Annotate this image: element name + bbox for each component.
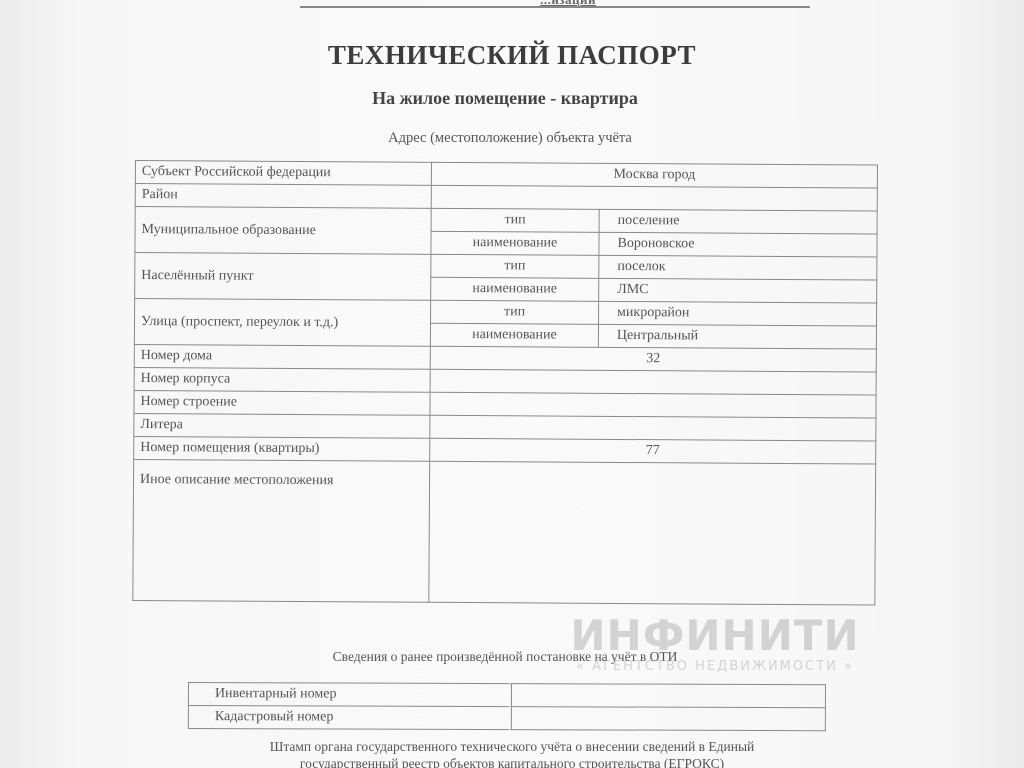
stamp-caption-line-2: государственный реестр объектов капиталь… [0,755,1024,768]
oti-section-caption: Сведения о ранее произведённой постановк… [0,649,1010,665]
cadastral-number-value [511,707,825,731]
house-label: Номер дома [134,344,430,369]
municipal-name-label: наименование [431,231,599,255]
inventory-number-value [511,684,825,708]
district-value [431,185,877,211]
inventory-number-label: Инвентарный номер [188,683,511,707]
table-row: Кадастровый номер [188,706,825,731]
municipal-name-value: Вороновское [599,232,877,257]
table-row: Муниципальное образование тип поселение [135,207,877,235]
table-row: Населённый пункт тип поселок [135,253,877,281]
top-header-fragment: ...изации [540,0,596,8]
litera-value [430,415,876,441]
municipal-label: Муниципальное образование [135,207,431,255]
building-label: Номер корпуса [134,367,430,392]
apartment-value: 77 [430,438,876,464]
document-subtitle: На жилое помещение - квартира [0,88,1010,109]
table-row: Инвентарный номер [188,683,825,708]
structure-label: Номер строение [134,390,430,415]
street-name-label: наименование [430,323,598,347]
street-type-label: тип [431,300,599,324]
street-name-value: Центральный [598,324,876,349]
document-title: ТЕХНИЧЕСКИЙ ПАСПОРТ [0,40,1024,71]
street-label: Улица (проспект, переулок и т.д.) [134,299,430,347]
other-description-label: Иное описание местоположения [133,459,430,602]
building-value [430,369,876,395]
other-description-value [429,461,876,605]
settlement-type-value: поселок [599,255,877,280]
district-label: Район [135,184,431,209]
settlement-name-label: наименование [431,277,599,301]
agency-watermark: ИНФИНИТИ « АГЕНТСТВО НЕДВИЖИМОСТИ » [565,615,865,674]
address-caption: Адрес (местоположение) объекта учёта [0,130,1020,147]
apartment-label: Номер помещения (квартиры) [134,436,430,461]
subject-value: Москва город [431,162,877,188]
stamp-caption: Штамп органа государственного техническо… [0,738,1024,768]
house-value: 32 [430,346,876,372]
street-type-value: микрорайон [599,301,877,326]
municipal-type-value: поселение [599,209,877,234]
stamp-caption-line-1: Штамп органа государственного техническо… [0,738,1024,755]
table-row: Улица (проспект, переулок и т.д.) тип ми… [135,299,877,327]
top-header-rule: ...изации [300,0,810,8]
table-row: Иное описание местоположения [133,459,876,605]
cadastral-number-label: Кадастровый номер [188,706,511,730]
litera-label: Литера [134,413,430,438]
address-table: Субъект Российской федерации Москва горо… [132,160,878,606]
settlement-type-label: тип [431,254,599,278]
structure-value [430,392,876,418]
oti-table: Инвентарный номер Кадастровый номер [188,682,826,731]
settlement-label: Населённый пункт [135,253,431,301]
document-page: ...изации ТЕХНИЧЕСКИЙ ПАСПОРТ На жилое п… [0,0,1024,768]
municipal-type-label: тип [431,208,599,232]
subject-label: Субъект Российской федерации [135,161,431,186]
settlement-name-value: ЛМС [599,278,877,303]
